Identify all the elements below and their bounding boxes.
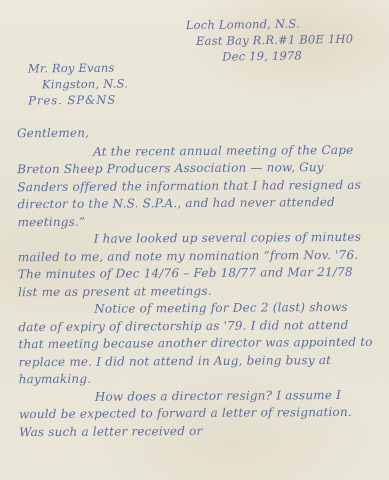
body-paragraph-4: How does a director resign? I assume I w… — [19, 386, 375, 441]
sender-address-block: Loch Lomond, N.S. East Bay R.R.#1 B0E 1H… — [186, 15, 354, 65]
letter-date: Dec 19, 1978 — [186, 47, 353, 65]
letter-page: Loch Lomond, N.S. East Bay R.R.#1 B0E 1H… — [0, 0, 389, 480]
letter-body: Gentlemen, At the recent annual meeting … — [17, 123, 375, 441]
body-paragraph-2: I have looked up several copies of minut… — [18, 229, 374, 301]
body-paragraph-1: At the recent annual meeting of the Cape… — [17, 141, 374, 231]
recipient-title: Pres. SP&NS — [28, 91, 128, 108]
recipient-address-block: Mr. Roy Evans Kingston, N.S. Pres. SP&NS — [28, 59, 129, 108]
recipient-name: Mr. Roy Evans — [28, 59, 128, 76]
recipient-place: Kingston, N.S. — [28, 75, 128, 92]
body-paragraph-3: Notice of meeting for Dec 2 (last) shows… — [18, 299, 375, 389]
sender-address: East Bay R.R.#1 B0E 1H0 — [186, 31, 353, 49]
salutation: Gentlemen, — [17, 123, 373, 143]
